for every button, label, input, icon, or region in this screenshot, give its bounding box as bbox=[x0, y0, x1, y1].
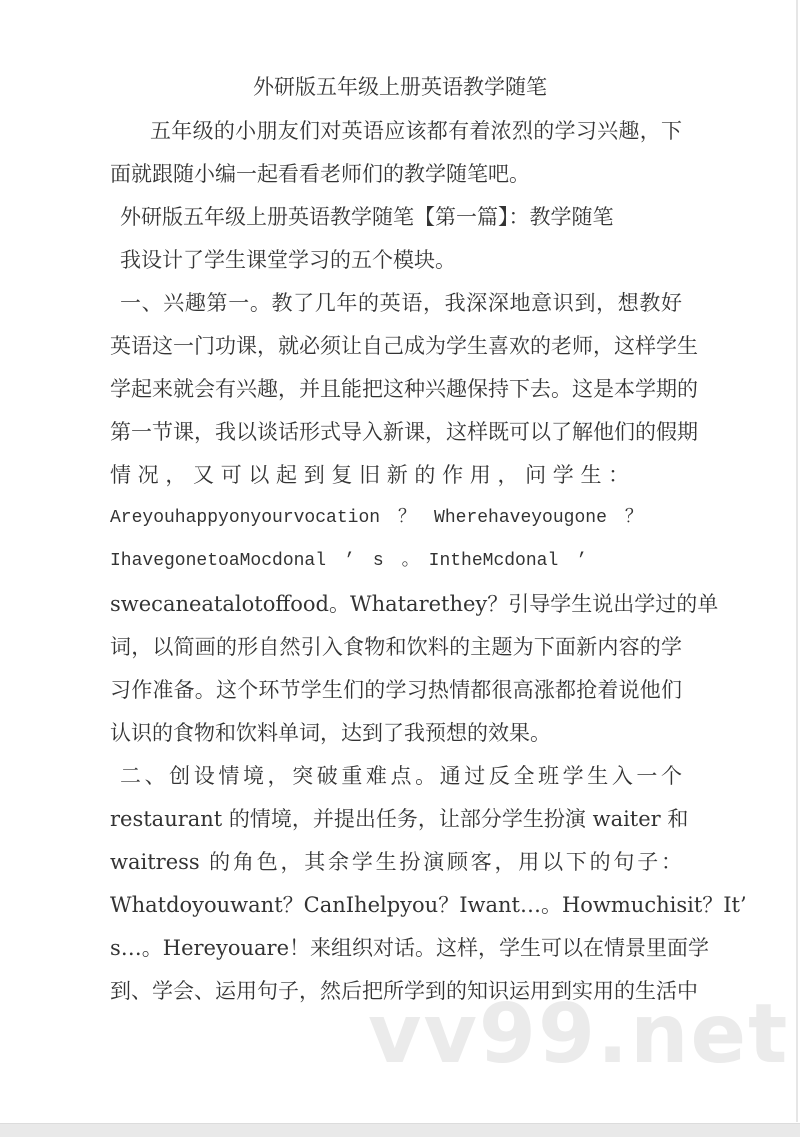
paragraph-line: 第一节课，我以谈话形式导入新课，这样既可以了解他们的假期 bbox=[110, 417, 682, 447]
watermark: vv99.net bbox=[368, 995, 789, 1075]
paragraph-line: 英语这一门功课，就必须让自己成为学生喜欢的老师，这样学生 bbox=[110, 331, 682, 361]
section-heading: 外研版五年级上册英语教学随笔【第一篇】：教学随笔 bbox=[120, 202, 682, 232]
paragraph-line: 学起来就会有兴趣，并且能把这种兴趣保持下去。这是本学期的 bbox=[110, 374, 682, 404]
intro-line-1: 五年级的小朋友们对英语应该都有着浓烈的学习兴趣，下 bbox=[150, 116, 682, 146]
paragraph-line: 词，以简画的形自然引入食物和饮料的主题为下面新内容的学 bbox=[110, 632, 682, 662]
paragraph-line: waitress 的角色，其余学生扮演顾客，用以下的句子： bbox=[110, 847, 682, 877]
paragraph-line: 习作准备。这个环节学生们的学习热情都很高涨都抢着说他们 bbox=[110, 675, 682, 705]
document-title: 外研版五年级上册英语教学随笔 bbox=[0, 72, 800, 102]
paragraph-line: 我设计了学生课堂学习的五个模块。 bbox=[120, 245, 682, 275]
paragraph-line: s…。Hereyouare！来组织对话。这样，学生可以在情景里面学 bbox=[110, 933, 682, 963]
paragraph-line: restaurant 的情境，并提出任务，让部分学生扮演 waiter 和 bbox=[110, 804, 682, 834]
document-page: 外研版五年级上册英语教学随笔 五年级的小朋友们对英语应该都有着浓烈的学习兴趣，下… bbox=[0, 0, 798, 1122]
page-bottom-edge bbox=[0, 1123, 800, 1137]
paragraph-line: 一、兴趣第一。教了几年的英语，我深深地意识到，想教好 bbox=[120, 288, 682, 318]
paragraph-line-english: IhavegonetoaMocdonal ’ s 。 IntheMcdonal … bbox=[110, 546, 682, 576]
paragraph-line: 认识的食物和饮料单词，达到了我预想的效果。 bbox=[110, 718, 682, 748]
paragraph-line: swecaneatalotoffood。Whatarethey？引导学生说出学过… bbox=[110, 589, 682, 619]
paragraph-line-english: Areyouhappyonyourvocation ？ Wherehaveyou… bbox=[110, 503, 682, 533]
paragraph-line: 二、创设情境，突破重难点。通过反全班学生入一个 bbox=[120, 761, 682, 791]
intro-line-2: 面就跟随小编一起看看老师们的教学随笔吧。 bbox=[110, 159, 682, 189]
paragraph-line: Whatdoyouwant？CanIhelpyou？Iwant…。Howmuch… bbox=[110, 890, 682, 920]
paragraph-line: 情 况 ， 又 可 以 起 到 复 旧 新 的 作 用 ， 问 学 生 ： bbox=[110, 460, 682, 490]
